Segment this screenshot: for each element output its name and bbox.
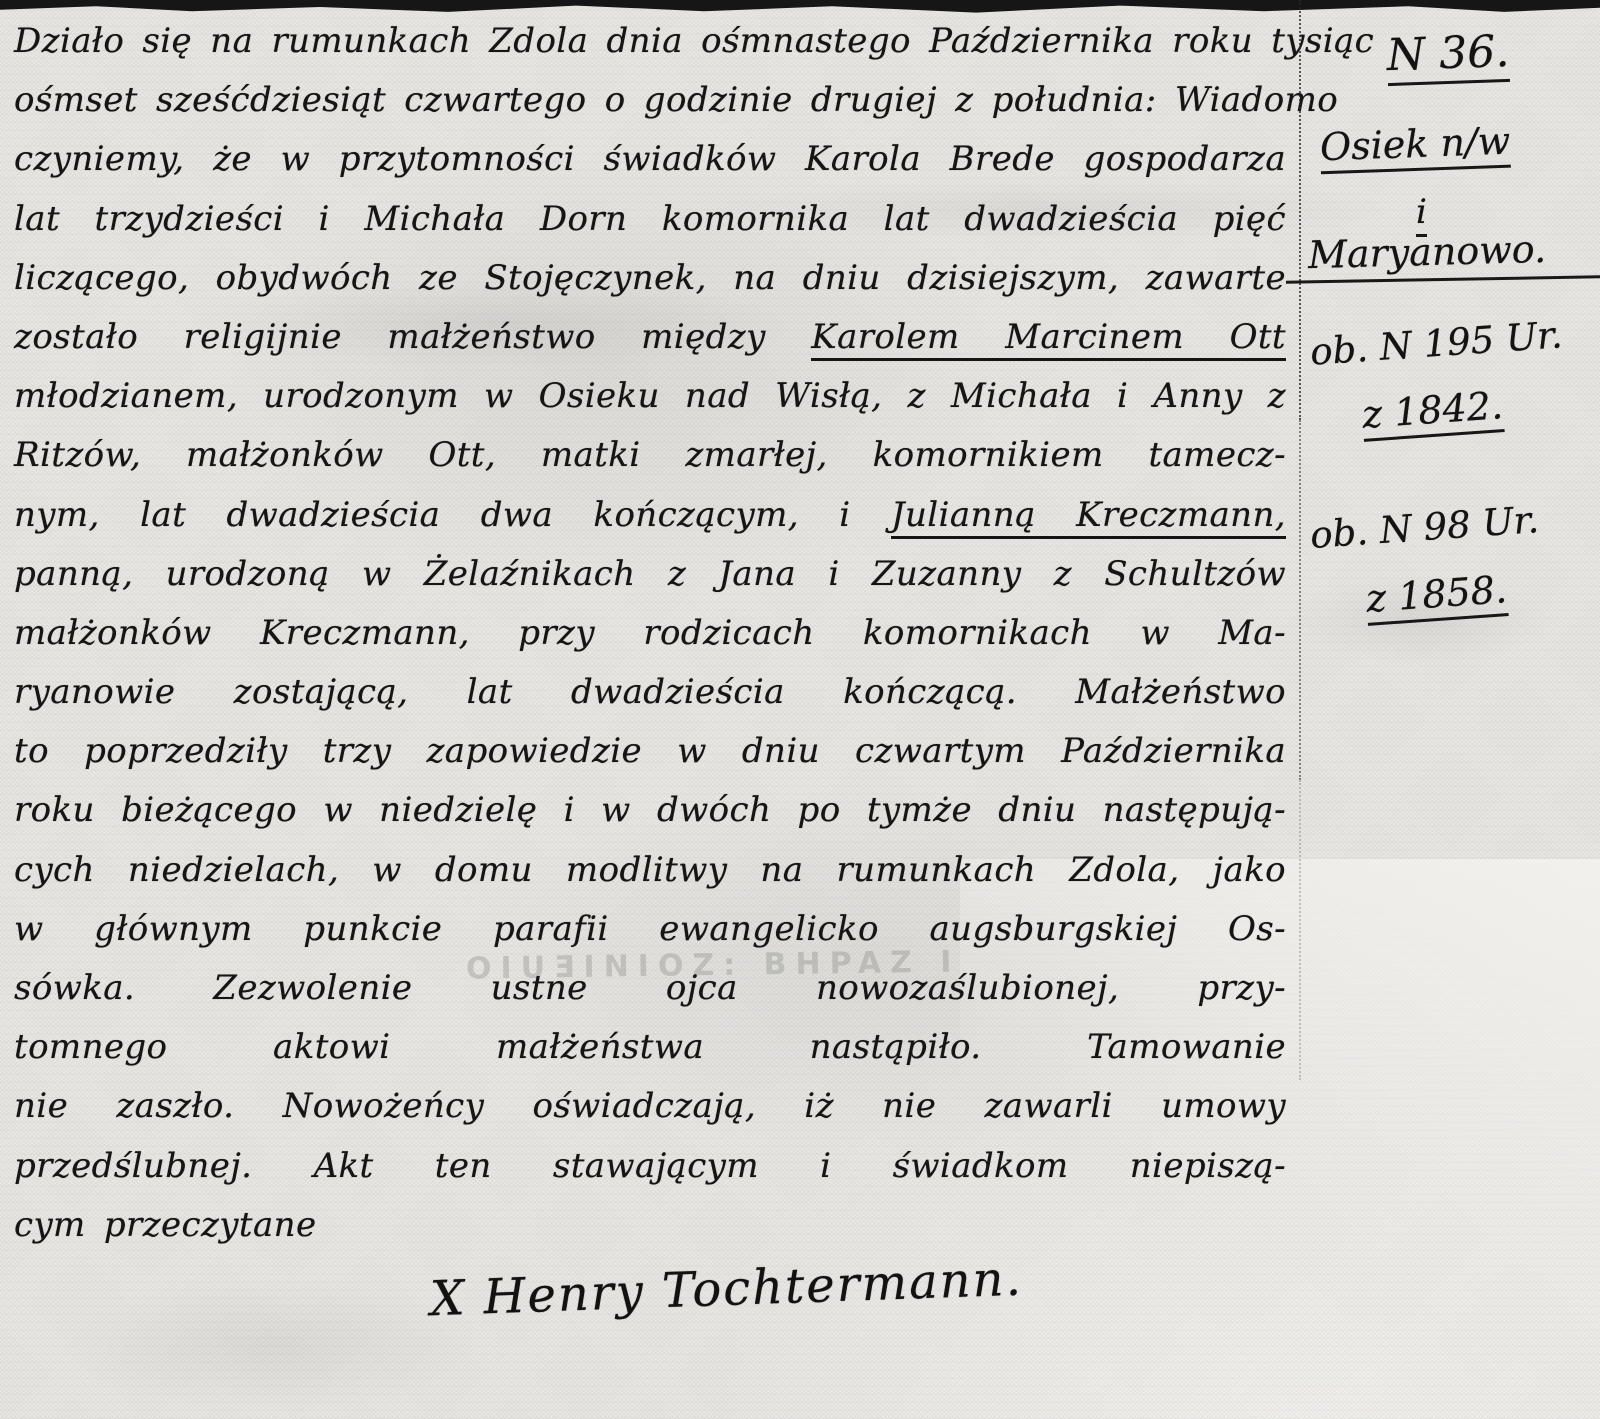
rule-segment bbox=[1299, 780, 1301, 1080]
record-line: cych niedzielach, w domu modlitwy na rum… bbox=[14, 841, 1286, 900]
place-name-text: Osiek n/w bbox=[1319, 119, 1511, 175]
record-line: małżonków Kreczmann, przy rodzicach komo… bbox=[14, 604, 1286, 663]
place-name-maryanowo: Maryanowo. bbox=[1307, 227, 1546, 277]
rule-segment bbox=[1299, 420, 1301, 780]
record-body-text: Działo się na rumunkach Zdola dnia ośmna… bbox=[14, 12, 1286, 1255]
act-number: N 36. bbox=[1295, 23, 1600, 85]
record-line-text: nym, lat dwadzieścia dwa kończącym, i bbox=[14, 495, 891, 535]
record-line: lat trzydzieści i Michała Dorn komornika… bbox=[14, 190, 1286, 249]
record-line: przedślubnej. Akt ten stawającym i świad… bbox=[14, 1137, 1286, 1196]
record-line: panną, urodzoną w Żelaźnikach z Jana i Z… bbox=[14, 545, 1286, 604]
record-line: sówka. Zezwolenie ustne ojca nowozaślubi… bbox=[14, 959, 1286, 1018]
bride-birth-ref: ob. N 98 Ur. bbox=[1309, 498, 1540, 557]
record-line: tomnego aktowi małżeństwa nastąpiło. Tam… bbox=[14, 1018, 1286, 1077]
record-line: nie zaszło. Nowożeńcy oświadczają, iż ni… bbox=[14, 1077, 1286, 1136]
groom-birth-ref-year: z 1842. bbox=[1361, 383, 1505, 437]
record-line: w głównym punkcie parafii ewangelicko au… bbox=[14, 900, 1286, 959]
groom-birth-year-text: z 1842. bbox=[1361, 383, 1505, 442]
record-line-text: zostało religijnie małżeństwo między bbox=[14, 317, 811, 357]
bride-name-underlined: Julianną Kreczmann, bbox=[891, 495, 1286, 539]
record-line-groom: zostało religijnie małżeństwo między Kar… bbox=[14, 308, 1286, 367]
record-line: młodzianem, urodzonym w Osieku nad Wisłą… bbox=[14, 367, 1286, 426]
record-line-bride: nym, lat dwadzieścia dwa kończącym, i Ju… bbox=[14, 486, 1286, 545]
record-line: to poprzedziły trzy zapowiedzie w dniu c… bbox=[14, 722, 1286, 781]
groom-name-underlined: Karolem Marcinem Ott bbox=[811, 317, 1286, 361]
record-line: liczącego, obydwóch ze Stojęczynek, na d… bbox=[14, 249, 1286, 308]
record-line: Ritzów, małżonków Ott, matki zmarłej, ko… bbox=[14, 426, 1286, 485]
act-number-text: N 36. bbox=[1386, 26, 1510, 86]
record-line: ośmset sześćdziesiąt czwartego o godzini… bbox=[14, 71, 1286, 130]
margin-horizontal-rule bbox=[1286, 275, 1600, 283]
record-line-last: cym przeczytane bbox=[14, 1196, 1286, 1255]
place-name-osiek: Osiek n/w bbox=[1319, 119, 1511, 170]
record-line: czyniemy, że w przytomności świadków Kar… bbox=[14, 130, 1286, 189]
scanned-marriage-record-page: OIUƎINIOZ: BHPAZ I Działo się na rumunka… bbox=[0, 0, 1600, 1419]
paper-smudge bbox=[60, 1280, 480, 1410]
bride-birth-year-text: z 1858. bbox=[1365, 567, 1509, 621]
record-line: Działo się na rumunkach Zdola dnia ośmna… bbox=[14, 12, 1286, 71]
record-line: roku bieżącego w niedzielę i w dwóch po … bbox=[14, 781, 1286, 840]
groom-birth-ref: ob. N 195 Ur. bbox=[1309, 313, 1564, 374]
place-conjunction: i bbox=[1416, 192, 1427, 232]
record-line: ryanowie zostającą, lat dwadzieścia końc… bbox=[14, 663, 1286, 722]
bride-birth-year-underline: z 1858. bbox=[1365, 567, 1509, 626]
